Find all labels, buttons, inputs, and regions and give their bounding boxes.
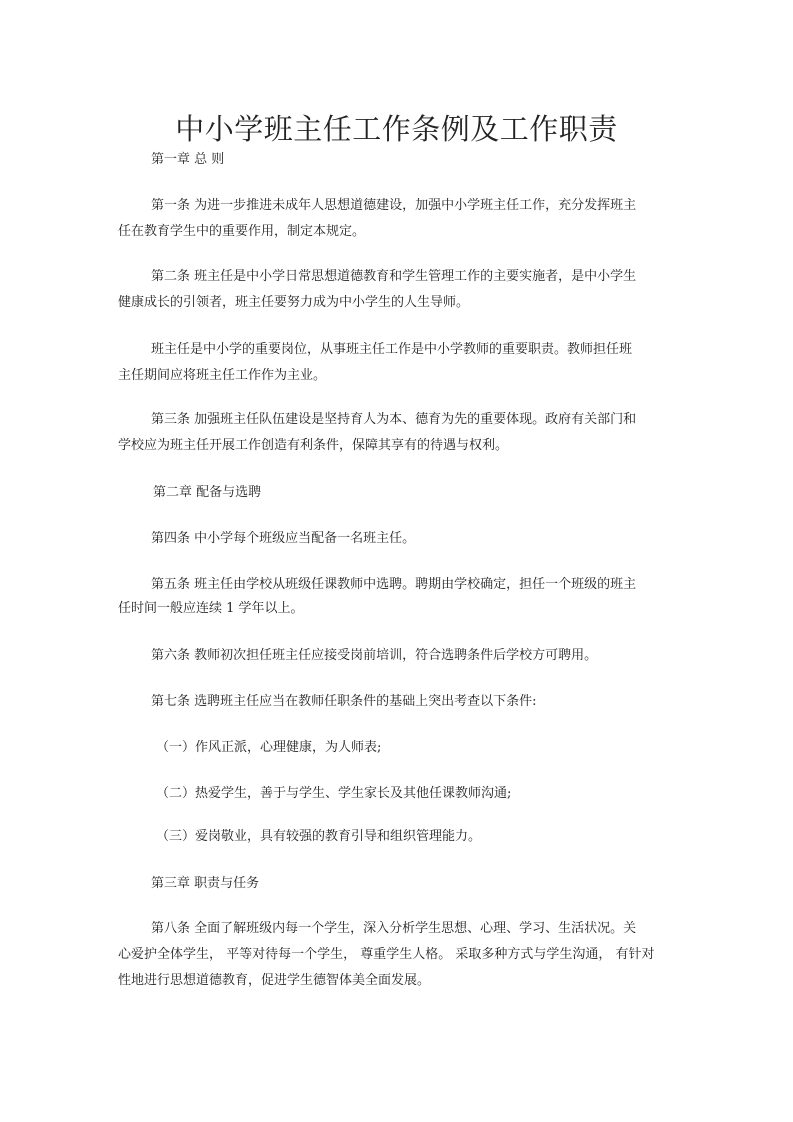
document-title: 中小学班主任工作条例及工作职责 bbox=[0, 107, 793, 148]
article-2-paragraph-2-line-1: 班主任是中小学的重要岗位，从事班主任工作是中小学教师的重要职责。教师担任班 bbox=[151, 342, 632, 358]
article-8-line-2: 心爱护全体学生， 平等对待每一个学生， 尊重学生人格。 采取多种方式与学生沟通，… bbox=[118, 947, 655, 963]
article-1-line-2: 任在教育学生中的重要作用，制定本规定。 bbox=[118, 224, 365, 240]
article-1-line-1: 第一条 为进一步推进未成年人思想道德建设，加强中小学班主任工作，充分发挥班主 bbox=[151, 198, 636, 214]
article-7: 第七条 选聘班主任应当在教师任职条件的基础上突出考查以下条件: bbox=[151, 694, 537, 710]
chapter-heading-1: 第一章 总 则 bbox=[151, 152, 224, 168]
article-3-line-1: 第三条 加强班主任队伍建设是坚持育人为本、德育为先的重要体现。政府有关部门和 bbox=[151, 412, 636, 428]
article-2-line-2: 健康成长的引领者，班主任要努力成为中小学生的人生导师。 bbox=[118, 295, 469, 311]
article-7-item-2: （二）热爱学生，善于与学生、学生家长及其他任课教师沟通; bbox=[156, 786, 511, 802]
article-2-line-1: 第二条 班主任是中小学日常思想道德教育和学生管理工作的主要实施者，是中小学生 bbox=[151, 269, 636, 285]
chapter-heading-3: 第三章 职责与任务 bbox=[151, 876, 259, 892]
article-6: 第六条 教师初次担任班主任应接受岗前培训，符合选聘条件后学校方可聘用。 bbox=[151, 648, 597, 664]
article-8-line-3: 性地进行思想道德教育，促进学生德智体美全面发展。 bbox=[118, 973, 430, 989]
article-7-item-3: （三）爱岗敬业，具有较强的教育引导和组织管理能力。 bbox=[156, 829, 481, 845]
article-5-line-2: 任时间一般应连续 1 学年以上。 bbox=[118, 601, 304, 617]
article-8-line-1: 第八条 全面了解班级内每一个学生，深入分析学生思想、心理、学习、生活状况。关 bbox=[151, 921, 636, 937]
article-3-line-2: 学校应为班主任开展工作创造有利条件，保障其享有的待遇与权利。 bbox=[118, 438, 508, 454]
article-7-item-1: （一）作风正派，心理健康，为人师表; bbox=[156, 740, 381, 756]
document-page: 中小学班主任工作条例及工作职责 第一章 总 则 第一条 为进一步推进未成年人思想… bbox=[0, 0, 793, 1122]
chapter-heading-2: 第二章 配备与选聘 bbox=[153, 485, 261, 501]
article-4: 第四条 中小学每个班级应当配备一名班主任。 bbox=[151, 531, 415, 547]
article-2-paragraph-2-line-2: 主任期间应将班主任工作作为主业。 bbox=[118, 368, 326, 384]
article-5-line-1: 第五条 班主任由学校从班级任课教师中选聘。聘期由学校确定，担任一个班级的班主 bbox=[151, 577, 636, 593]
